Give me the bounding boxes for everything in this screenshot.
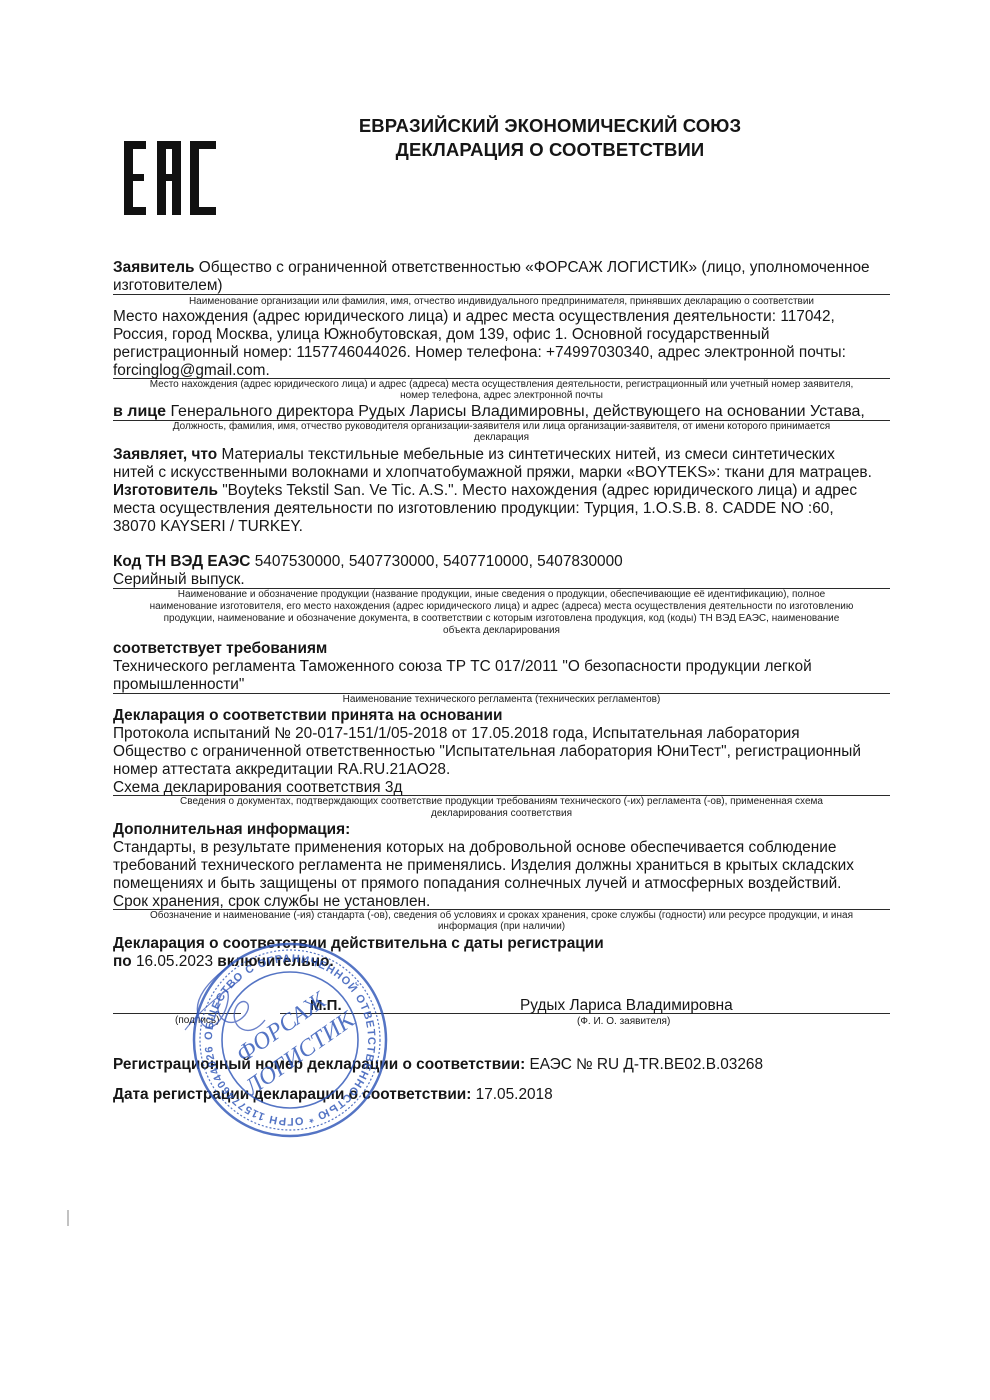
signer-caption: (Ф. И. О. заявителя) — [577, 1016, 670, 1027]
requirements-line2: промышленности" — [113, 676, 244, 695]
basis-line: номер аттестата аккредитации RA.RU.21AO2… — [113, 761, 450, 780]
product-caption: продукции, наименование и обозначение до… — [113, 613, 890, 625]
applicant-line2: изготовителем) — [113, 277, 223, 296]
address-line: Россия, город Москва, улица Южнобутовска… — [113, 326, 769, 345]
basis-caption: декларирования соответствия — [113, 808, 890, 820]
basis-label: Декларация о соответствии принята на осн… — [113, 707, 502, 726]
registration-number-value: ЕАЭС № RU Д-TR.BE02.B.03268 — [525, 1056, 763, 1073]
union-title: ЕВРАЗИЙСКИЙ ЭКОНОМИЧЕСКИЙ СОЮЗ — [300, 115, 800, 137]
manufacturer-line1: Изготовитель "Boyteks Tekstil San. Ve Ti… — [113, 482, 857, 501]
manufacturer-line2: места осуществления деятельности по изго… — [113, 500, 834, 519]
requirements-line1: Технического регламента Таможенного союз… — [113, 658, 812, 677]
additional-label: Дополнительная информация: — [113, 821, 350, 840]
representative-line: в лице Генерального директора Рудых Лари… — [113, 403, 865, 422]
basis-line: Протокола испытаний № 20-017-151/1/05-20… — [113, 725, 800, 744]
representative-text: Генерального директора Рудых Ларисы Влад… — [166, 403, 865, 420]
address-line: регистрационный номер: 1157746044026. Но… — [113, 344, 846, 363]
applicant-caption: Наименование организации или фамилия, им… — [113, 296, 890, 308]
additional-caption: информация (при наличии) — [113, 921, 890, 933]
scan-artifact — [67, 1210, 69, 1226]
manufacturer-label: Изготовитель — [113, 482, 218, 499]
representative-label: в лице — [113, 403, 166, 420]
product-caption: наименование изготовителя, его место нах… — [113, 601, 890, 613]
product-code-values: 5407530000, 5407730000, 5407710000, 5407… — [250, 553, 622, 570]
registration-date-value: 17.05.2018 — [471, 1086, 552, 1103]
product-code-line: Код ТН ВЭД ЕАЭС 5407530000, 5407730000, … — [113, 553, 623, 572]
declares-text: Материалы текстильные мебельные из синте… — [217, 446, 835, 463]
divider — [113, 294, 890, 295]
address-caption: номер телефона, адрес электронной почты — [113, 390, 890, 402]
representative-caption: декларация — [113, 432, 890, 444]
signer-name: Рудых Лариса Владимировна — [520, 997, 733, 1015]
address-line: Место нахождения (адрес юридического лиц… — [113, 308, 835, 327]
company-stamp: ОБЩЕСТВО С ОГРАНИЧЕННОЙ ОТВЕТСТВЕННОСТЬЮ… — [190, 940, 390, 1140]
applicant-name: Общество с ограниченной ответственностью… — [194, 259, 869, 276]
applicant-line1: Заявитель Общество с ограниченной ответс… — [113, 259, 870, 278]
product-caption: Наименование и обозначение продукции (на… — [113, 589, 890, 601]
document-title: ДЕКЛАРАЦИЯ О СООТВЕТСТВИИ — [300, 139, 800, 161]
requirements-caption: Наименование технического регламента (те… — [113, 694, 890, 706]
declares-line1: Заявляет, что Материалы текстильные мебе… — [113, 446, 835, 465]
product-code-label: Код ТН ВЭД ЕАЭС — [113, 553, 250, 570]
validity-prefix: по — [113, 953, 132, 970]
applicant-label: Заявитель — [113, 259, 194, 276]
additional-line: помещениях и быть защищены от прямого по… — [113, 875, 841, 894]
basis-caption: Сведения о документах, подтверждающих со… — [113, 796, 890, 808]
serial-release: Серийный выпуск. — [113, 571, 245, 590]
eac-logo — [124, 141, 216, 215]
manufacturer-line3: 38070 KAYSERI / TURKEY. — [113, 518, 303, 537]
requirements-label: соответствует требованиям — [113, 640, 327, 659]
additional-line: требований технического регламента не пр… — [113, 857, 854, 876]
declares-line2: нитей с искусственными волокнами и хлопч… — [113, 464, 872, 483]
declares-label: Заявляет, что — [113, 446, 217, 463]
basis-line: Общество с ограниченной ответственностью… — [113, 743, 861, 762]
product-caption: объекта декларирования — [113, 625, 890, 637]
manufacturer-text: "Boyteks Tekstil San. Ve Tic. A.S.". Мес… — [218, 482, 857, 499]
additional-line: Стандарты, в результате применения котор… — [113, 839, 836, 858]
